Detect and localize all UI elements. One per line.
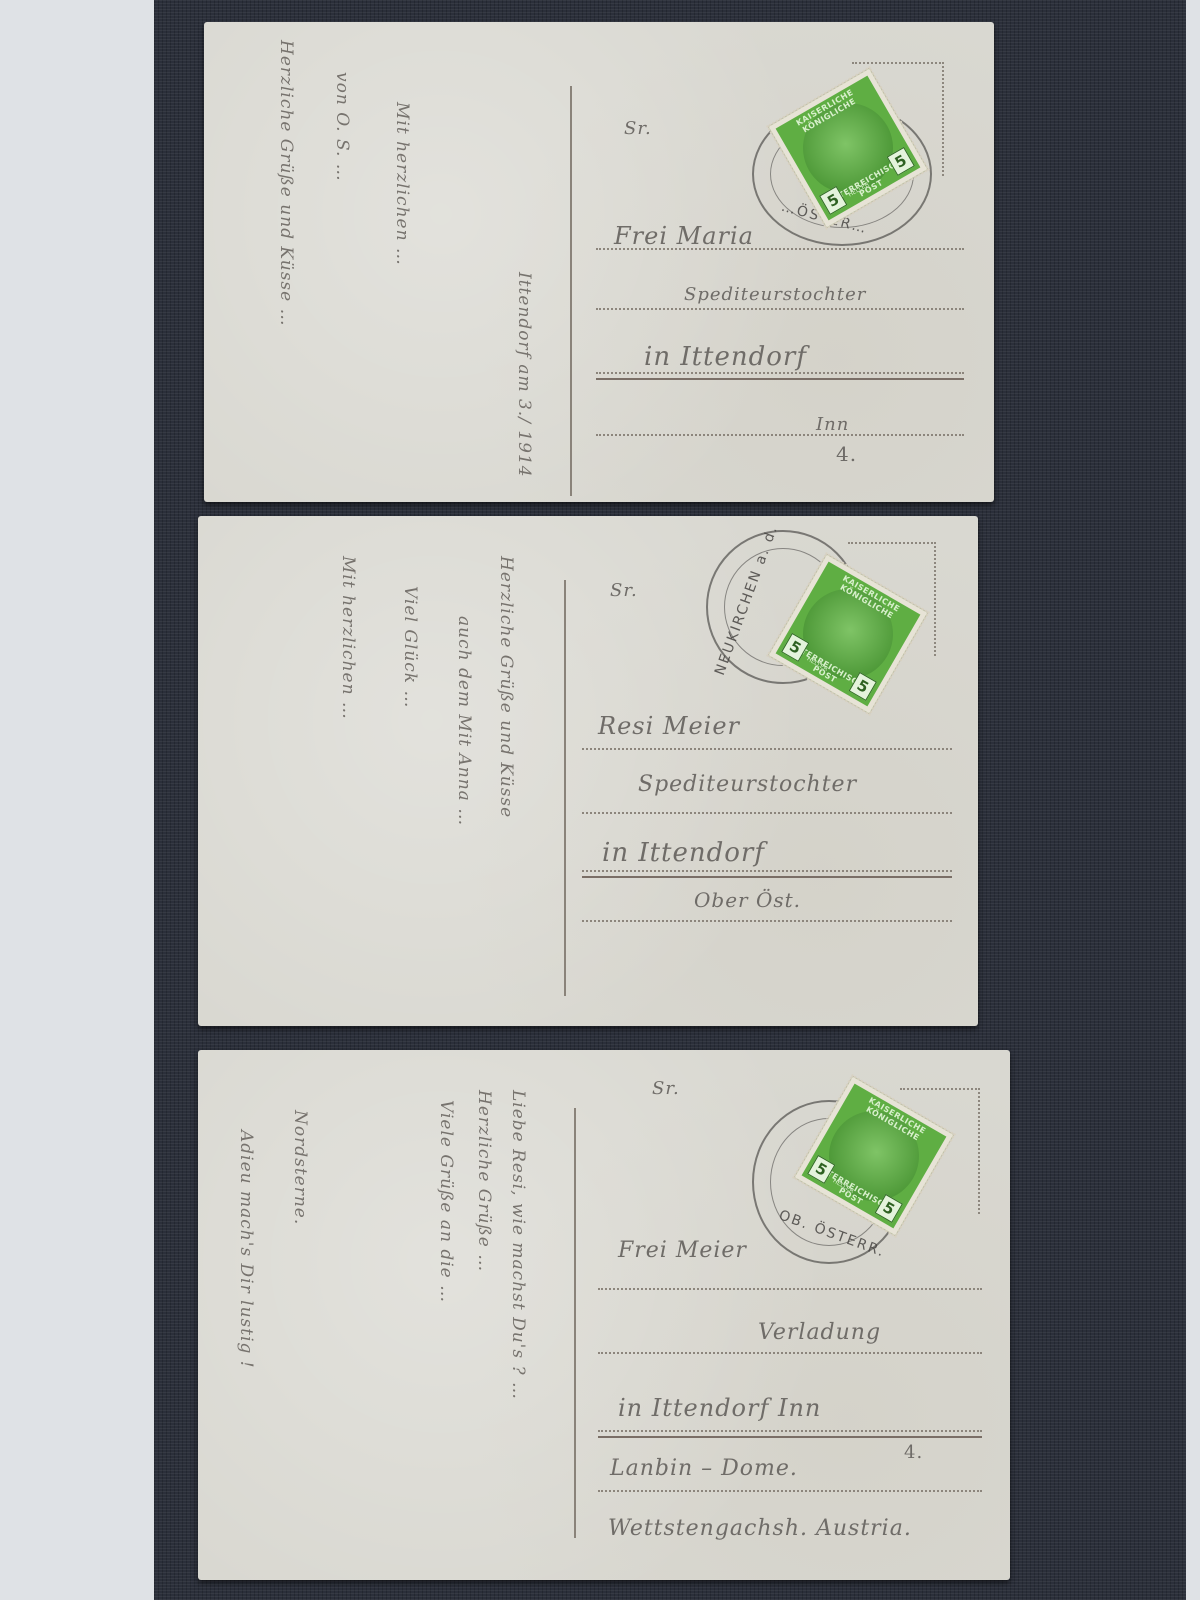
address-extra: 4.	[836, 442, 857, 466]
greeting: Sr.	[610, 580, 638, 601]
card-divider	[574, 1108, 576, 1538]
message-line: Liebe Resi, wie machst Du's ? …	[508, 1090, 528, 1400]
address-line: Verladung	[758, 1320, 881, 1345]
address-extra: 4.	[904, 1442, 923, 1463]
address-line: Spediteurstochter	[638, 772, 857, 797]
address-rule-solid	[582, 876, 952, 878]
message-line: von O. S. …	[332, 72, 352, 182]
address-line: Inn	[816, 414, 849, 435]
message-line: Herzliche Grüße und Küsse	[496, 556, 516, 818]
message-line: Viele Grüße an die …	[436, 1100, 456, 1303]
card-divider	[570, 86, 572, 496]
address-rule	[582, 920, 952, 922]
address-rule-solid	[598, 1436, 982, 1438]
address-rule	[596, 248, 964, 250]
address-line: in Ittendorf Inn	[618, 1394, 821, 1422]
message-line: Herzliche Grüße und Küsse …	[276, 40, 296, 327]
address-rule	[582, 748, 952, 750]
address-rule	[596, 372, 964, 374]
address-rule	[596, 308, 964, 310]
address-rule	[598, 1430, 982, 1432]
address-rule	[598, 1288, 982, 1290]
greeting: Sr.	[652, 1078, 680, 1099]
address-line: Frei Maria	[614, 222, 754, 250]
message-line: Nordsterne.	[290, 1110, 310, 1225]
address-line: Lanbin – Dome.	[610, 1456, 798, 1481]
address-line: Ober Öst.	[694, 888, 801, 912]
message-line: Ittendorf am 3./ 1914	[514, 272, 534, 478]
message-line: Mit herzlichen …	[392, 102, 412, 266]
address-line: Frei Meier	[618, 1238, 747, 1263]
address-line: in Ittendorf	[644, 342, 807, 372]
message-line: Adieu mach's Dir lustig !	[236, 1130, 256, 1369]
address-rule-solid	[596, 378, 964, 380]
message-line: Herzliche Grüße …	[474, 1090, 494, 1272]
greeting: Sr.	[624, 118, 652, 139]
address-rule	[582, 812, 952, 814]
address-rule	[598, 1352, 982, 1354]
address-line: Wettstengachsh. Austria.	[608, 1516, 912, 1541]
address-line: in Ittendorf	[602, 838, 765, 868]
address-rule	[582, 870, 952, 872]
message-line: Viel Glück …	[400, 586, 420, 709]
address-rule	[598, 1490, 982, 1492]
address-line: Spediteurstochter	[684, 284, 866, 305]
address-line: Resi Meier	[598, 712, 740, 740]
message-line: Mit herzlichen …	[338, 556, 358, 720]
address-rule	[596, 434, 964, 436]
card-divider	[564, 580, 566, 996]
message-line: auch dem Mit Anna …	[454, 616, 474, 826]
